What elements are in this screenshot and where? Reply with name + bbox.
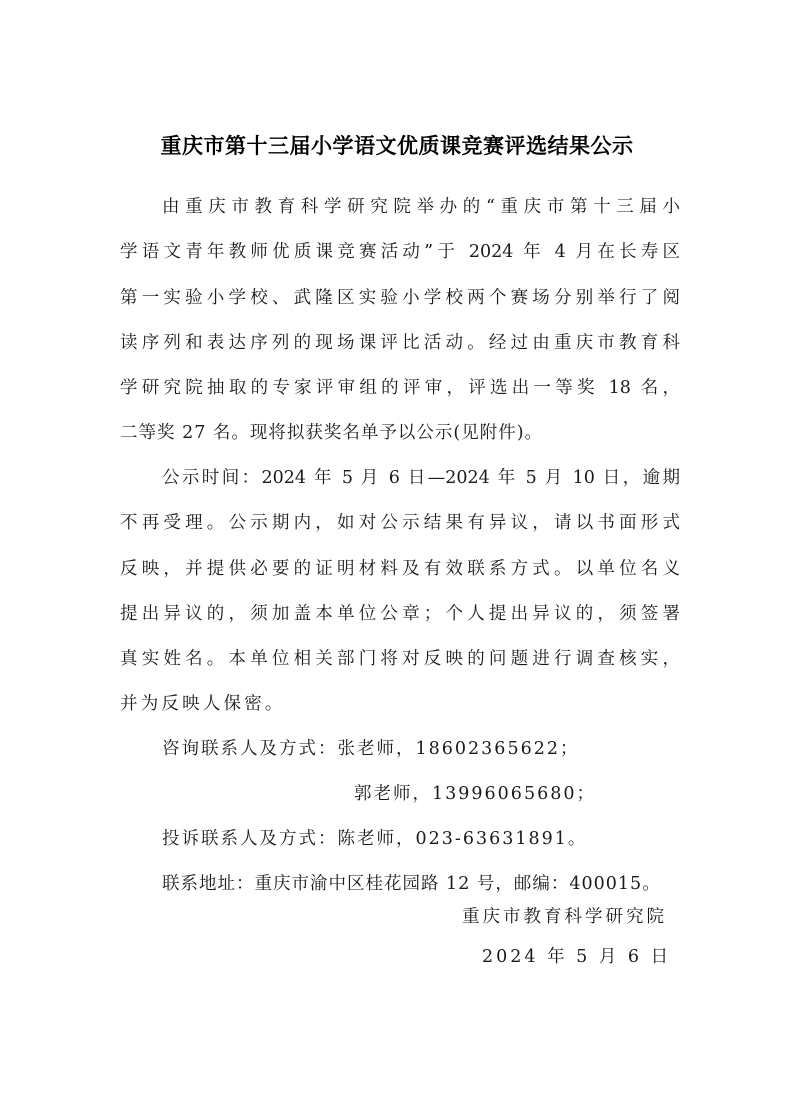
document-title: 重庆市第十三届小学语文优质课竞赛评选结果公示 xyxy=(0,130,794,160)
paragraph1-line-2: 学语文青年教师优质课竞赛活动”于 2024 年 4 月在长寿区 xyxy=(120,240,680,264)
complaint-label: 投诉联系人及方式： xyxy=(162,829,338,849)
paragraph1-line-5: 学研究院抽取的专家评审组的评审，评选出一等奖 18 名， xyxy=(120,376,680,400)
complaint-contact-row: 投诉联系人及方式：陈老师，023-63631891。 xyxy=(162,827,587,851)
paragraph2-line-5: 真实姓名。本单位相关部门将对反映的问题进行调查核实， xyxy=(120,647,680,671)
paragraph1-line-4: 读序列和表达序列的现场课评比活动。经过由重庆市教育科 xyxy=(120,331,680,355)
paragraph1-line-3: 第一实验小学校、武隆区实验小学校两个赛场分别举行了阅 xyxy=(120,286,680,310)
inquiry-label: 咨询联系人及方式： xyxy=(162,739,338,759)
signature-date: 2024 年 5 月 6 日 xyxy=(482,945,671,969)
paragraph2-line-6: 并为反映人保密。 xyxy=(120,692,680,716)
paragraph2-line-1: 公示时间：2024 年 5 月 6 日—2024 年 5 月 10 日，逾期 xyxy=(120,466,680,490)
document-page: 重庆市第十三届小学语文优质课竞赛评选结果公示 由重庆市教育科学研究院举办的“重庆… xyxy=(0,0,794,1108)
paragraph1-line-1: 由重庆市教育科学研究院举办的“重庆市第十三届小 xyxy=(120,195,680,219)
contact-address: 联系地址：重庆市渝中区桂花园路 12 号，邮编：400015。 xyxy=(162,872,661,896)
paragraph2-line-3: 反映，并提供必要的证明材料及有效联系方式。以单位名义 xyxy=(120,557,680,581)
inquiry-contact-row: 咨询联系人及方式：张老师，18602365622； xyxy=(162,737,579,761)
paragraph2-line-2: 不再受理。公示期内，如对公示结果有异议，请以书面形式 xyxy=(120,511,680,535)
paragraph2-line-4: 提出异议的，须加盖本单位公章；个人提出异议的，须签署 xyxy=(120,602,680,626)
inquiry-contact-1: 张老师，18602365622； xyxy=(338,739,580,759)
signature-organization: 重庆市教育科学研究院 xyxy=(462,905,667,929)
inquiry-contact-2: 郭老师，13996065680； xyxy=(354,782,596,806)
complaint-contact: 陈老师，023-63631891。 xyxy=(338,829,588,849)
paragraph1-line-6: 二等奖 27 名。现将拟获奖名单予以公示(见附件)。 xyxy=(120,421,680,445)
